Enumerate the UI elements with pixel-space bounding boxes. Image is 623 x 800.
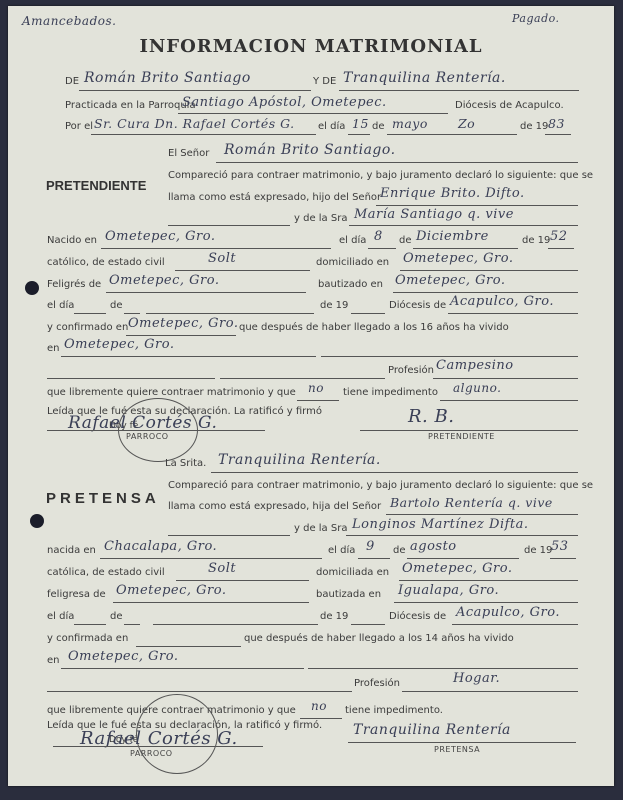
bride-profesion-label: Profesión xyxy=(354,678,400,689)
bride-profesion-field[interactable]: Hogar. xyxy=(453,671,500,686)
bride-tiene-impedimento-label: tiene impedimento. xyxy=(345,705,443,716)
de-19-label: de 19 xyxy=(520,121,548,132)
pretendiente-section-label: PRETENDIENTE xyxy=(46,178,146,193)
bride-name-field[interactable]: Tranquilina Rentería. xyxy=(343,70,506,86)
binder-hole-icon xyxy=(25,281,39,295)
groom-birth-year-field[interactable]: 52 xyxy=(550,229,568,244)
despues-16-label: que después de haber llegado a los 16 añ… xyxy=(239,322,509,333)
groom-profesion-field[interactable]: Campesino xyxy=(436,358,514,373)
groom-name-field[interactable]: Román Brito Santiago xyxy=(84,70,251,86)
bride-birth-month-field[interactable]: agosto xyxy=(410,539,457,554)
bautizado-label: bautizado en xyxy=(318,279,383,290)
en-label: en xyxy=(47,343,60,354)
el-dia-label: el día xyxy=(339,235,366,246)
groom-estado-civil-field[interactable]: Solt xyxy=(208,251,236,266)
bride-estado-civil-field[interactable]: Solt xyxy=(208,561,236,576)
domicilio-label: domiciliado en xyxy=(316,257,389,268)
groom-bautizado-field[interactable]: Ometepec, Gro. xyxy=(395,273,506,288)
hijo-label: llama como está expresado, hijo del Seño… xyxy=(168,192,381,203)
feligres-label: Feligrés de xyxy=(47,279,101,290)
el-senor-label: El Señor xyxy=(168,148,209,159)
groom-impedimento-value[interactable]: no xyxy=(308,381,324,395)
document-title: INFORMACION MATRIMONIAL xyxy=(8,36,614,57)
nacida-label: nacida en xyxy=(47,545,96,556)
feligresa-label: feligresa de xyxy=(47,589,106,600)
bride-de-19-label: de 19 xyxy=(524,545,552,556)
libremente-label: que libremente quiere contraer matrimoni… xyxy=(47,387,296,398)
de-19-2-label: de 19 xyxy=(320,300,348,311)
bride-diocesis-de-label: Diócesis de xyxy=(389,611,446,622)
parroquia-label: Practicada en la Parroquia xyxy=(65,100,196,111)
parroquia-field[interactable]: Santiago Apóstol, Ometepec. xyxy=(182,95,387,110)
pretensa-caption: PRETENSA xyxy=(434,745,480,754)
bride-el-dia-label: el día xyxy=(328,545,355,556)
de-19-label: de 19 xyxy=(522,235,550,246)
de-label: DE xyxy=(65,76,79,87)
groom-impedimento-note[interactable]: alguno. xyxy=(453,381,501,395)
bride-birth-day-field[interactable]: 9 xyxy=(366,539,375,554)
bride-mother-field[interactable]: Longinos Martínez Difta. xyxy=(352,517,529,532)
confirmado-label: y confirmado en xyxy=(47,322,128,333)
year-field[interactable]: 83 xyxy=(548,116,565,131)
confirmada-label: y confirmada en xyxy=(47,633,128,644)
bride-impedimento-value[interactable]: no xyxy=(311,699,327,713)
nacido-label: Nacido en xyxy=(47,235,97,246)
bride-domicilio-label: domiciliada en xyxy=(316,567,389,578)
groom-feligres-field[interactable]: Ometepec, Gro. xyxy=(109,273,220,288)
bride-estado-civil-label: católica, de estado civil xyxy=(47,567,165,578)
de-label: de xyxy=(399,235,412,246)
bride-de-2-label: de xyxy=(110,611,123,622)
hija-label: llama como está expresado, hija del Seño… xyxy=(168,501,381,512)
bride-de-label: de xyxy=(393,545,406,556)
madre-label: y de la Sra xyxy=(294,213,347,224)
month-field[interactable]: mayo xyxy=(392,116,428,131)
groom-mother-field[interactable]: María Santiago q. vive xyxy=(354,207,514,222)
pretendiente-signature: R. B. xyxy=(408,406,454,427)
groom-birth-month-field[interactable]: Diciembre xyxy=(416,229,489,244)
groom-comparecio-text: Compareció para contraer matrimonio, y b… xyxy=(168,170,593,181)
de-2-label: de xyxy=(110,300,123,311)
y-de-label: Y DE xyxy=(313,76,336,87)
bride-birthplace-field[interactable]: Chacalapa, Gro. xyxy=(104,539,217,554)
srita-label: La Srita. xyxy=(165,458,206,469)
groom-vivido-en-field[interactable]: Ometepec, Gro. xyxy=(64,337,175,352)
estado-civil-label: católico, de estado civil xyxy=(47,257,165,268)
tiene-impedimento-label: tiene impedimento xyxy=(343,387,438,398)
el-dia-2-label: el día xyxy=(47,300,74,311)
parroco-caption: PARROCO xyxy=(126,432,169,441)
bride-feligresa-field[interactable]: Ometepec, Gro. xyxy=(116,583,227,598)
bride-bautizada-field[interactable]: Igualapa, Gro. xyxy=(398,583,499,598)
binder-hole-icon xyxy=(30,514,44,528)
groom-diocesis-field[interactable]: Acapulco, Gro. xyxy=(450,294,554,309)
bride-el-dia-2-label: el día xyxy=(47,611,74,622)
bride-de-19-2-label: de 19 xyxy=(320,611,348,622)
diocesis-label: Diócesis de Acapulco. xyxy=(455,100,564,111)
por-el-label: Por el xyxy=(65,121,93,132)
groom-father-field[interactable]: Enrique Brito. Difto. xyxy=(380,186,525,201)
bride-domicilio-field[interactable]: Ometepec, Gro. xyxy=(402,561,513,576)
bride-parroco-caption: PARROCO xyxy=(130,749,173,758)
profesion-label: Profesión xyxy=(388,365,434,376)
groom-domicilio-field[interactable]: Ometepec, Gro. xyxy=(403,251,514,266)
groom-birthplace-field[interactable]: Ometepec, Gro. xyxy=(105,229,216,244)
bride-vivido-en-field[interactable]: Ometepec, Gro. xyxy=(68,649,179,664)
year-note: Zo xyxy=(458,116,475,131)
bride-full-name-field[interactable]: Tranquilina Rentería. xyxy=(218,452,381,468)
bride-father-field[interactable]: Bartolo Rentería q. vive xyxy=(390,495,553,510)
bride-comparecio-text: Compareció para contraer matrimonio, y b… xyxy=(168,480,593,491)
pretendiente-caption: PRETENDIENTE xyxy=(428,432,495,441)
marriage-information-form: Amancebados. Pagado. INFORMACION MATRIMO… xyxy=(8,6,614,786)
bautizada-label: bautizada en xyxy=(316,589,381,600)
groom-full-name-field[interactable]: Román Brito Santiago. xyxy=(224,142,396,158)
diocesis-de-label: Diócesis de xyxy=(389,300,446,311)
bride-madre-label: y de la Sra xyxy=(294,523,347,534)
groom-birth-day-field[interactable]: 8 xyxy=(374,229,383,244)
bride-en-label: en xyxy=(47,655,60,666)
groom-confirmado-field[interactable]: Ometepec, Gro. xyxy=(128,316,239,331)
top-left-note: Amancebados. xyxy=(22,14,116,28)
de-label-2: de xyxy=(372,121,385,132)
bride-birth-year-field[interactable]: 53 xyxy=(551,539,569,554)
day-field[interactable]: 15 xyxy=(352,116,369,131)
officiant-field[interactable]: Sr. Cura Dn. Rafael Cortés G. xyxy=(94,116,295,131)
despues-14-label: que después de haber llegado a los 14 añ… xyxy=(244,633,514,644)
pretensa-section-label: PRETENSA xyxy=(46,490,160,507)
top-right-note: Pagado. xyxy=(512,12,560,25)
el-dia-label: el día xyxy=(318,121,345,132)
pretensa-signature: Tranquilina Rentería xyxy=(353,722,511,738)
bride-diocesis-field[interactable]: Acapulco, Gro. xyxy=(456,605,560,620)
